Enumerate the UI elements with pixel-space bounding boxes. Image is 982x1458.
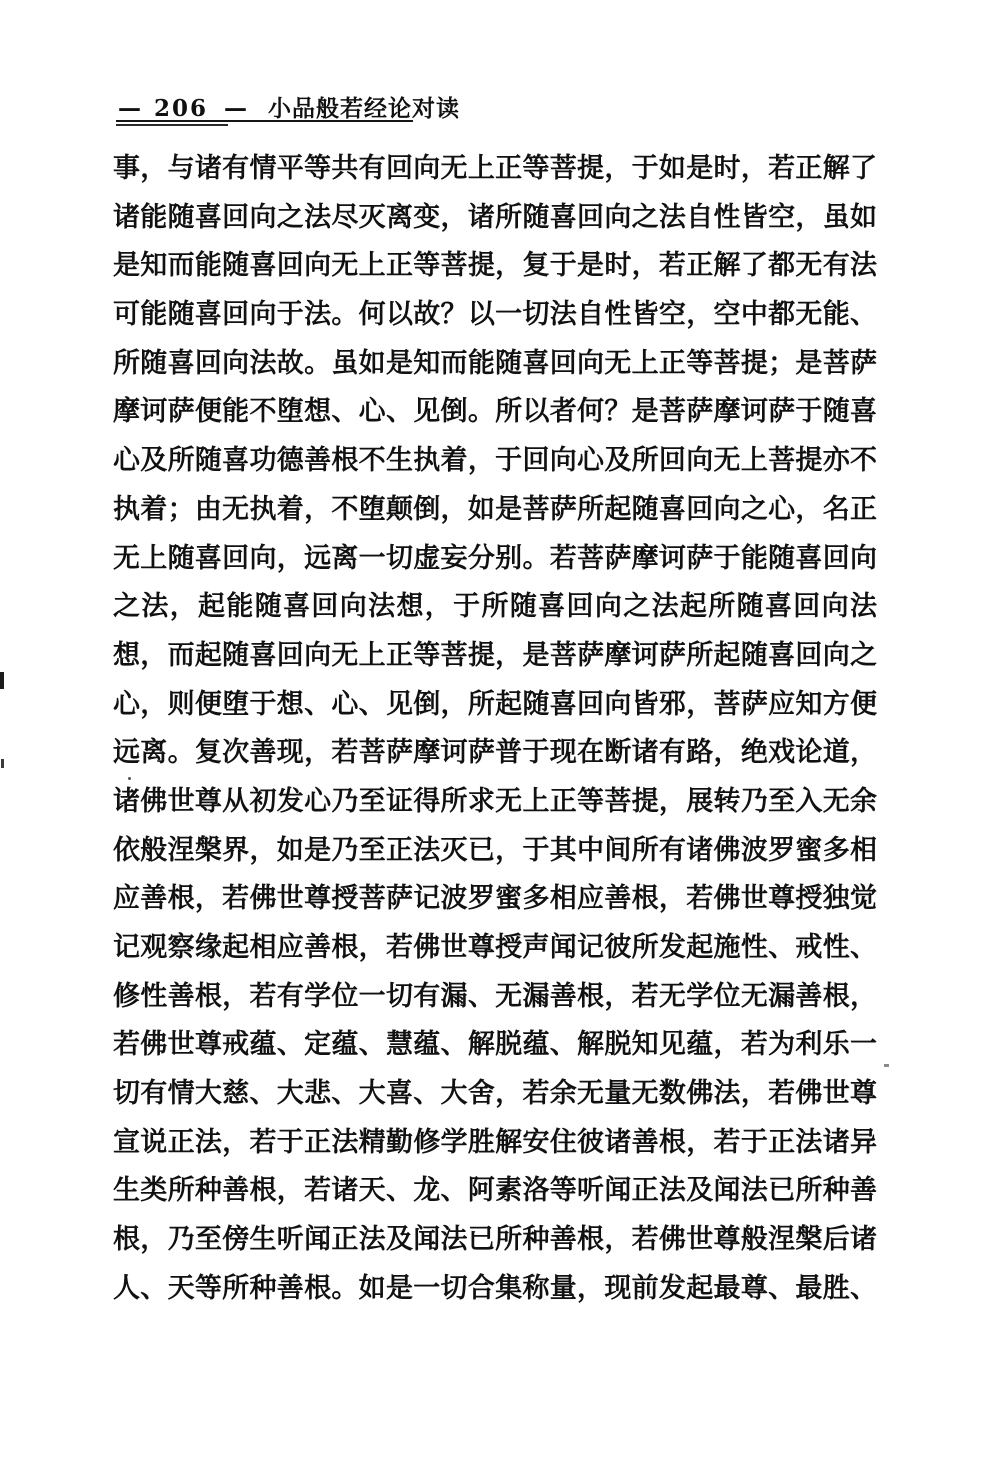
book-page: — 206 — 小品般若经论对读 事，与诸有情平等共有回向无上正等菩提，于如是时… bbox=[0, 0, 982, 1458]
header-dash-right: — bbox=[224, 96, 248, 122]
text-line: 生类所种善根，若诸天、龙、阿素洛等听闻正法及闻法已所种善 bbox=[113, 1167, 877, 1216]
text-line: 无上随喜回向，远离一切虚妄分别。若菩萨摩诃萨于能随喜回向 bbox=[113, 535, 877, 584]
text-line: 远离。复次善现，若菩萨摩诃萨普于现在断诸有路，绝戏论道， bbox=[113, 729, 877, 778]
text-line: 想，而起随喜回向无上正等菩提，是菩萨摩诃萨所起随喜回向之 bbox=[113, 632, 877, 681]
text-line: 之法，起能随喜回向法想，于所随喜回向之法起所随喜回向法 bbox=[113, 583, 877, 632]
header-dash-left: — bbox=[118, 96, 142, 122]
text-line: 应善根，若佛世尊授菩萨记波罗蜜多相应善根，若佛世尊授独觉 bbox=[113, 875, 877, 924]
text-line: 所随喜回向法故。虽如是知而能随喜回向无上正等菩提；是菩萨 bbox=[113, 340, 877, 389]
header-underline-left-segment bbox=[116, 124, 228, 126]
scan-mark bbox=[0, 672, 4, 689]
page-number: 206 bbox=[154, 95, 208, 122]
text-line: 切有情大慈、大悲、大喜、大舍，若余无量无数佛法，若佛世尊 bbox=[113, 1070, 877, 1119]
body-text: 事，与诸有情平等共有回向无上正等菩提，于如是时，若正解了 诸能随喜回向之法尽灭离… bbox=[113, 145, 877, 1314]
text-line: 摩诃萨便能不堕想、心、见倒。所以者何？是菩萨摩诃萨于随喜 bbox=[113, 388, 877, 437]
text-line: 诸佛世尊从初发心乃至证得所求无上正等菩提，展转乃至入无余 bbox=[113, 778, 877, 827]
header-underline bbox=[116, 120, 413, 122]
text-line: 执着；由无执着，不堕颠倒，如是菩萨所起随喜回向之心，名正 bbox=[113, 486, 877, 535]
text-line: 记观察缘起相应善根，若佛世尊授声闻记彼所发起施性、戒性、 bbox=[113, 924, 877, 973]
text-line: 人、天等所种善根。如是一切合集称量，现前发起最尊、最胜、 bbox=[113, 1265, 877, 1314]
book-title: 小品般若经论对读 bbox=[268, 90, 460, 123]
text-line: 宣说正法，若于正法精勤修学胜解安住彼诸善根，若于正法诸异 bbox=[113, 1119, 877, 1168]
text-line: 依般涅槃界，如是乃至正法灭已，于其中间所有诸佛波罗蜜多相 bbox=[113, 827, 877, 876]
text-line: 诸能随喜回向之法尽灭离变，诸所随喜回向之法自性皆空，虽如 bbox=[113, 194, 877, 243]
text-line: 心，则便堕于想、心、见倒，所起随喜回向皆邪，菩萨应知方便 bbox=[113, 681, 877, 730]
text-line: 修性善根，若有学位一切有漏、无漏善根，若无学位无漏善根， bbox=[113, 973, 877, 1022]
scan-speck bbox=[128, 777, 131, 780]
scan-speck bbox=[884, 1064, 889, 1067]
text-line: 是知而能随喜回向无上正等菩提，复于是时，若正解了都无有法 bbox=[113, 242, 877, 291]
page-header: — 206 — 小品般若经论对读 bbox=[118, 90, 460, 123]
scan-mark bbox=[1, 759, 4, 768]
text-line: 根，乃至傍生听闻正法及闻法已所种善根，若佛世尊般涅槃后诸 bbox=[113, 1216, 877, 1265]
text-line: 心及所随喜功德善根不生执着，于回向心及所回向无上菩提亦不 bbox=[113, 437, 877, 486]
text-line: 若佛世尊戒蕴、定蕴、慧蕴、解脱蕴、解脱知见蕴，若为利乐一 bbox=[113, 1021, 877, 1070]
text-line: 可能随喜回向于法。何以故？以一切法自性皆空，空中都无能、 bbox=[113, 291, 877, 340]
text-line: 事，与诸有情平等共有回向无上正等菩提，于如是时，若正解了 bbox=[113, 145, 877, 194]
